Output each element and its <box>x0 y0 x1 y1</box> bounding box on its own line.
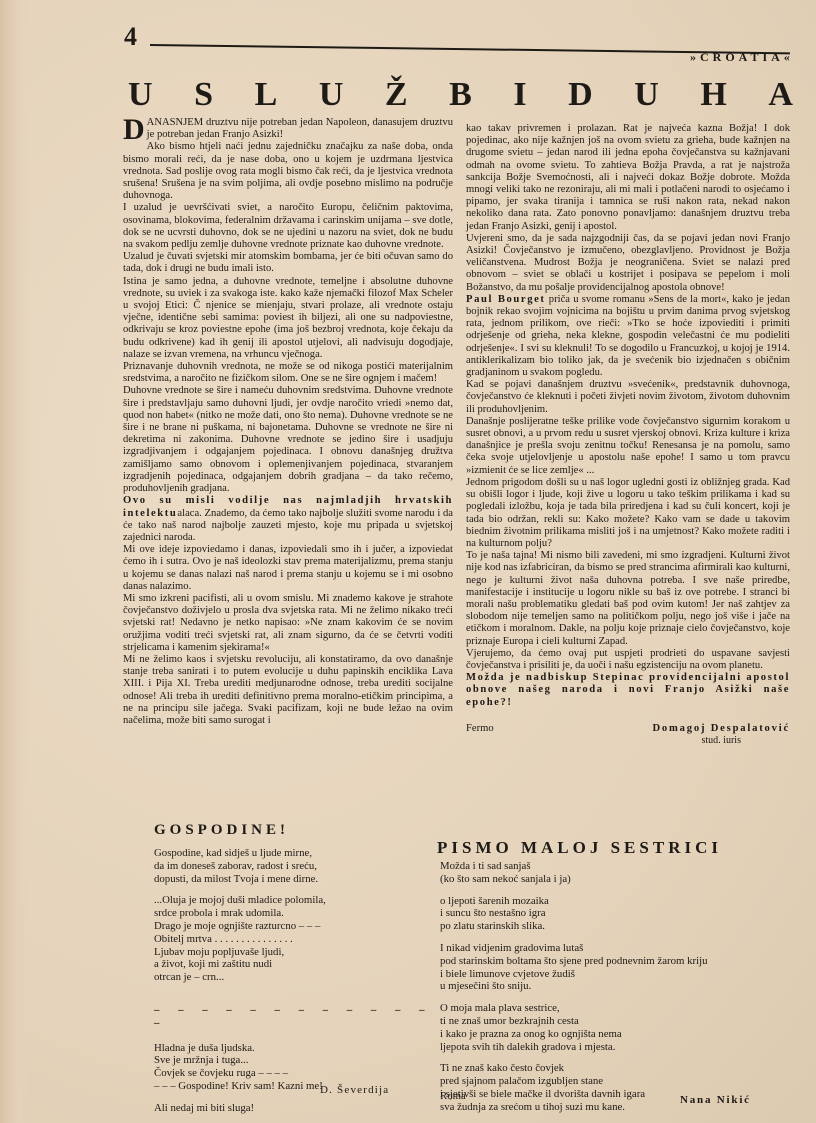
poem-line: I nikad vidjenim gradovima lutaš <box>440 942 800 955</box>
poem-line: Hladna je duša ljudska. <box>154 1042 434 1055</box>
poem-line: po zlatu starinskih slika. <box>440 920 800 933</box>
article-paragraph: Mi ne želimo kaos i svjetsku revoluciju,… <box>123 654 453 727</box>
poem-line: Ljubav moju popljuvaše ljudi, <box>154 946 434 959</box>
article-title: USLUŽBIDUHA <box>128 76 793 114</box>
article-paragraph: Ovo su misli vodilje nas najmladjih hrva… <box>123 495 453 544</box>
poem-stanza: I nikad vidjenim gradovima lutašpod star… <box>440 942 800 993</box>
article-paragraph: Mi ove ideje izpoviedamo i danas, izpovi… <box>123 544 453 593</box>
article-paragraph: Uzalud je čuvati svjetski mir atomskim b… <box>123 251 453 275</box>
poem-stanza: Hladna je duša ljudska.Sve je mržnja i t… <box>154 1042 434 1093</box>
title-letter: D <box>568 76 593 114</box>
title-letter: L <box>255 76 278 114</box>
article-place: Fermo <box>466 723 494 747</box>
poem-title-pismo: PISMO MALOJ SESTRICI <box>437 838 722 858</box>
title-letter: A <box>768 76 793 114</box>
poem-stanza: Gospodine, kad sidješ u ljude mirne,da i… <box>154 847 434 885</box>
poem-line: i suncu što nestašno igra <box>440 907 800 920</box>
article-paragraph: Ako bismo htjeli naći jednu zajedničku z… <box>123 141 453 202</box>
poem-line: o ljepoti šarenih mozaika <box>440 895 800 908</box>
article-paragraph: Duhovne vrednote se šire i nameću duhovn… <box>123 385 453 495</box>
page-number: 4 <box>124 22 137 52</box>
poem-separator: – – – – – – – – – – – – – <box>154 1004 434 1030</box>
title-letter: Ž <box>385 76 408 114</box>
article-paragraph: Mi smo izkreni pacifisti, ali u ovom smi… <box>123 593 453 654</box>
title-letter: U <box>634 76 659 114</box>
article-paragraph: Paul Bourget priča u svome romanu »Sens … <box>466 294 790 379</box>
article-paragraph: Uvjereni smo, da je sada najzgodniji čas… <box>466 233 790 294</box>
poem-line: ti ne znaš umor bezkrajnih cesta <box>440 1015 800 1028</box>
emphasis-text: Paul Bourget <box>466 294 546 305</box>
article-paragraph: Možda je nadbiskup Stepinac providencija… <box>466 672 790 709</box>
poem-line: Gospodine, kad sidješ u ljude mirne, <box>154 847 434 860</box>
page-edge <box>0 0 30 1123</box>
article-right-column: kao takav privremen i prolazan. Rat je n… <box>466 123 790 747</box>
article-author-title: stud. iuris <box>652 735 790 747</box>
poem-gospodine: Gospodine, kad sidješ u ljude mirne,da i… <box>154 847 434 1123</box>
poem-line: Ti ne znaš kako često čovjek <box>440 1062 800 1075</box>
poem-stanza: Možda i ti sad sanjaš(ko što sam nekoć s… <box>440 860 800 886</box>
poem-line: a život, koji mi zaštitu nudi <box>154 958 434 971</box>
article-author: Domagoj Despalatović <box>652 723 790 735</box>
article-paragraph: Jednom prigodom došli su u naš logor ugl… <box>466 477 790 550</box>
poem-line: pod starinskim boltama što sjene pred po… <box>440 955 800 968</box>
poem-line: ...Oluja je mojoj duši mladice polomila, <box>154 894 434 907</box>
poem-line: O moja mala plava sestrice, <box>440 1002 800 1015</box>
poem-line: – – – Gospodine! Kriv sam! Kazni me! <box>154 1080 434 1093</box>
drop-cap: D <box>123 117 145 143</box>
emphasis-text: Ovo su misli vodilje nas najmladjih hrva… <box>123 495 453 518</box>
poem-line: da im doneseš zaborav, radost i sreću, <box>154 860 434 873</box>
article-left-column: DANASNJEM druztvu nije potreban jedan Na… <box>123 117 453 727</box>
poem-place-roma: Roma <box>440 1090 466 1102</box>
article-paragraph: Istina je samo jedna, a duhovne vrednote… <box>123 276 453 361</box>
article-paragraph: To je naša tajna! Mi nismo bili zavedeni… <box>466 550 790 648</box>
article-paragraph: Kad se pojavi današnjem druztvu »svećeni… <box>466 379 790 416</box>
poem-stanza: ...Oluja je mojoj duši mladice polomila,… <box>154 894 434 984</box>
poem-line: Možda i ti sad sanjaš <box>440 860 800 873</box>
title-letter: U <box>319 76 344 114</box>
article-paragraph: Vjerujemo, da ćemo ovaj put uspjeti prod… <box>466 648 790 672</box>
poem-line: Obitelj mrtva . . . . . . . . . . . . . … <box>154 933 434 946</box>
poem-line: u mjesečini što sniju. <box>440 980 800 993</box>
poem-line: srdce probola i mrak udomila. <box>154 907 434 920</box>
article-paragraph: kao takav privremen i prolazan. Rat je n… <box>466 123 790 233</box>
poem-line: Čovjek se čovjeku ruga – – – – <box>154 1067 434 1080</box>
poem-stanza: o ljepoti šarenih mozaikai suncu što nes… <box>440 895 800 933</box>
title-letter: B <box>449 76 472 114</box>
poem-line: Sve je mržnja i tuga... <box>154 1054 434 1067</box>
poem-author-nikic: Nana Nikić <box>680 1094 751 1106</box>
poem-line: i biele limunove cvjetove žudiš <box>440 968 800 981</box>
article-paragraph: Priznavanje duhovnih vrednota, ne može s… <box>123 361 453 385</box>
article-paragraph: I uzalud je uevršćivati sviet, a naročit… <box>123 202 453 251</box>
closing-question: Možda je nadbiskup Stepinac providencija… <box>466 672 790 707</box>
poem-line: otrcan je – crn... <box>154 971 434 984</box>
poem-title-gospodine: GOSPODINE! <box>154 822 289 839</box>
title-letter: I <box>513 76 526 114</box>
title-letter: U <box>128 76 153 114</box>
poem-line: ljepota svih tih dalekih gradova i mjest… <box>440 1041 800 1054</box>
poem-stanza: Ali nedaj mi biti sluga! <box>154 1102 434 1115</box>
author-block: Domagoj Despalatovićstud. iuris <box>652 723 790 747</box>
poem-stanza: O moja mala plava sestrice,ti ne znaš um… <box>440 1002 800 1053</box>
poem-pismo-maloj-sestrici: Možda i ti sad sanjaš(ko što sam nekoć s… <box>440 860 800 1123</box>
title-letter: S <box>194 76 213 114</box>
poem-line: (ko što sam nekoć sanjala i ja) <box>440 873 800 886</box>
poem-author-severdija: D. Ševerdija <box>320 1084 389 1096</box>
title-letter: H <box>700 76 726 114</box>
article-paragraph: DANASNJEM druztvu nije potreban jedan Na… <box>123 117 453 141</box>
poem-line: i kako je prazna za onog ko ognjišta nem… <box>440 1028 800 1041</box>
poem-line: pred sjajnom palačom izgubljen stane <box>440 1075 800 1088</box>
poem-line: dopusti, da milost Tvoja i mene dirne. <box>154 873 434 886</box>
article-paragraph: Današnje poslijeratne teške prilike vode… <box>466 416 790 477</box>
poem-line: Ali nedaj mi biti sluga! <box>154 1102 434 1115</box>
article-signature: FermoDomagoj Despalatovićstud. iuris <box>466 723 790 747</box>
masthead: »CROATIA« <box>690 50 794 65</box>
poem-line: Drago je moje ognjište razturcno – – – <box>154 920 434 933</box>
